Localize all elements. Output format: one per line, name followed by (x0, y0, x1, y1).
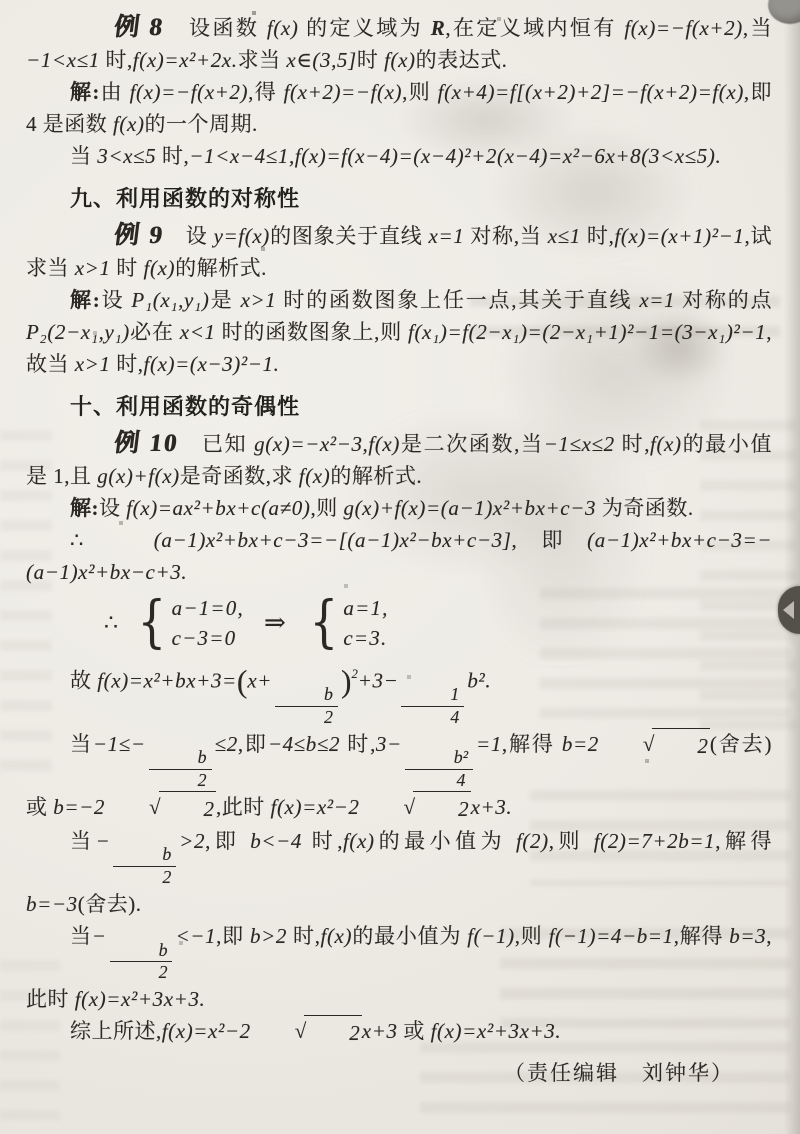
text-run: 已知 (178, 432, 254, 456)
math-expression: g(x)=−x²−3,f(x) (254, 432, 400, 456)
math-expression: −4≤b≤2 (268, 732, 340, 756)
math-expression: f(x) (144, 256, 176, 280)
math-expression: f(x)=ax²+bx+c(a≠0) (126, 496, 310, 520)
case-2: 当−b2>2,即 b<−4 时,f(x)的最小值为 f(2),则 f(2)=7+… (26, 825, 772, 920)
math-expression: f(x) (321, 924, 353, 948)
math-expression: f(x) (113, 112, 145, 136)
text-run: 的解析式. (175, 256, 267, 280)
text-run: 时, (100, 48, 133, 72)
math-expression: g(x)+f(x)=(a−1)x²+bx+c−3 (343, 496, 596, 520)
section-heading-9: 九、利用函数的对称性 (26, 184, 772, 214)
math-expression: ≤2 (215, 732, 238, 756)
square-root: √2 (105, 791, 216, 825)
text-run: 时, (287, 924, 321, 948)
section-heading-10: 十、利用函数的奇偶性 (26, 392, 772, 422)
text-run: 设 (164, 224, 214, 248)
math-expression: f(2)=7+2b=1 (594, 829, 715, 853)
text-run: ,即 (216, 924, 250, 948)
text-run: ( (237, 664, 248, 699)
text-run: ,则 (549, 829, 594, 853)
math-expression: f(x)=x²+3x+3. (431, 1019, 562, 1043)
example-9-problem: 例 9 设 y=f(x)的图象关于直线 x=1 对称,当 x≤1 时,f(x)=… (26, 220, 772, 284)
math-expression: f(x)=x²−2 (271, 795, 360, 819)
text-run: 的最小值为 (375, 829, 516, 853)
brace-group: {a=1,c=3. (306, 595, 389, 651)
math-expression: f(x) (384, 48, 416, 72)
text-run: 时, (615, 432, 650, 456)
text-run: 解: (70, 80, 100, 104)
math-expression: f(−1) (467, 924, 515, 948)
text-run: ∴ (70, 528, 154, 552)
math-expression: b=2 (562, 732, 599, 756)
example-8-solution-1: 解:由 f(x)=−f(x+2),得 f(x+2)=−f(x),则 f(x+4)… (26, 76, 772, 140)
odd-function-equation: ∴ (a−1)x²+bx+c−3=−[(a−1)x²−bx+c−3],即(a−1… (26, 524, 772, 588)
text-run: ,解得 (715, 829, 772, 853)
completed-square: 故 f(x)=x²+bx+3=(x+b2)2+3−14b². (26, 658, 772, 728)
math-expression: x≤1 (548, 224, 581, 248)
example-label: 例 9 (68, 220, 166, 252)
math-expression: b<−4 (250, 829, 302, 853)
text-run: 求当 (238, 48, 287, 72)
text-run: 时, (340, 732, 376, 756)
text-run: 故 (70, 668, 97, 692)
fraction: b2 (275, 685, 338, 727)
document-body: 例 8 设函数 f(x) 的定义域为 R,在定义域内恒有 f(x)=−f(x+2… (0, 0, 800, 1089)
math-expression: y=f(x) (214, 224, 270, 248)
math-expression: b>2 (250, 924, 287, 948)
text-run: 时, (111, 352, 144, 376)
text-run: 时, (581, 224, 615, 248)
math-expression: P₁(x₁,y₁) (131, 288, 209, 312)
text-run: ,得 (248, 80, 284, 104)
example-8-problem: 例 8 设函数 f(x) 的定义域为 R,在定义域内恒有 f(x)=−f(x+2… (26, 12, 772, 76)
math-expression: b=−3 (26, 892, 78, 916)
math-expression: f(x)=−f(x+2) (624, 16, 743, 40)
text-run: ,即 (238, 732, 268, 756)
case-3: 当−b2<−1,即 b>2 时,f(x)的最小值为 f(−1),则 f(−1)=… (26, 920, 772, 1015)
text-run: 解: (70, 496, 99, 520)
text-run: 的表达式. (416, 48, 508, 72)
text-run: 的最小值为 (352, 924, 467, 948)
math-expression: f(x) (299, 464, 331, 488)
math-expression: f(−1)=4−b=1 (549, 924, 674, 948)
math-expression: x<1 (180, 320, 216, 344)
editor-credit: （责任编辑 刘钟华） (26, 1057, 772, 1089)
equation-system: ∴{a−1=0,c−3=0⇒{a=1,c=3. (26, 595, 772, 651)
text-run: 是 (209, 288, 240, 312)
math-expression: 3− (376, 732, 402, 756)
text-run: 解: (70, 288, 100, 312)
math-expression: f(2) (516, 829, 549, 853)
text-run: 是二次函数,当 (400, 432, 544, 456)
math-expression: f(x)=x²−2 (162, 1019, 251, 1043)
example-label: 例 10 (68, 428, 180, 460)
example-8-solution-2: 当 3<x≤5 时,−1<x−4≤1,f(x)=f(x−4)=(x−4)²+2(… (26, 140, 772, 172)
math-expression: b=−2 (53, 795, 105, 819)
text-run: ) (341, 664, 352, 699)
text-run: 当 (70, 732, 93, 756)
text-run: 时的函数图象上,则 (216, 320, 408, 344)
text-run: 当 (70, 924, 92, 948)
math-expression: −1≤− (93, 732, 146, 756)
text-run: 时, (156, 144, 189, 168)
math-expression: g(x)+f(x) (97, 464, 180, 488)
math-expression: x>1 (75, 352, 111, 376)
fraction: b2 (149, 748, 212, 790)
math-expression: P₂(2−x₁,y₁) (26, 320, 130, 344)
math-expression: f(x) (343, 829, 375, 853)
brace-icon: { (309, 598, 338, 648)
math-expression: f(x)=x²+bx+3= (97, 668, 237, 692)
therefore-symbol: ∴ (104, 607, 118, 639)
math-expression: (a−1)x²+bx+c−3=−[(a−1)x²−bx+c−3] (154, 528, 512, 552)
text-run: 当 (70, 829, 96, 853)
example-9-solution: 解:设 P₁(x₁,y₁)是 x>1 时的函数图象上任一点,其关于直线 x=1 … (26, 284, 772, 380)
scanned-textbook-page: 例 8 设函数 f(x) 的定义域为 R,在定义域内恒有 f(x)=−f(x+2… (0, 0, 800, 1134)
math-expression: −1<x−4≤1,f(x)=f(x−4)=(x−4)²+2(x−4)=x²−6x… (189, 144, 721, 168)
text-run: 是奇函数,求 (180, 464, 299, 488)
text-run: ,即 (205, 829, 250, 853)
text-run: 由 (100, 80, 130, 104)
math-expression: <−1 (175, 924, 216, 948)
math-expression: −1<x≤1 (26, 48, 100, 72)
square-root: √2 (599, 728, 710, 762)
text-run: 或 (398, 1019, 431, 1043)
text-run: 的定义域为 (298, 16, 430, 40)
math-expression: x>1 (75, 256, 111, 280)
text-run: 的一个周期. (145, 112, 258, 136)
text-run: ,则 (310, 496, 343, 520)
math-expression: >2 (179, 829, 205, 853)
square-root: √2 (360, 791, 471, 825)
math-expression: +3− (358, 668, 399, 692)
math-expression: x+3. (471, 795, 513, 819)
math-expression: =1 (476, 732, 502, 756)
math-expression: x=1 (639, 288, 675, 312)
text-run: 时 (357, 48, 384, 72)
fraction: b²4 (405, 748, 473, 790)
fraction: b2 (113, 845, 176, 887)
square-root: √2 (251, 1015, 362, 1049)
text-run: ,则 (402, 80, 438, 104)
math-expression: −1≤x≤2 (544, 432, 615, 456)
fraction: 14 (401, 685, 464, 727)
math-expression: f(x) (650, 432, 682, 456)
math-expression: b=3 (729, 924, 766, 948)
implies-arrow-icon: ⇒ (264, 607, 286, 639)
math-expression: f(x) (267, 16, 299, 40)
text-run: 时 (111, 256, 144, 280)
text-run: ,解得 (674, 924, 730, 948)
text-run: 当 (70, 144, 97, 168)
conclusion: 综上所述,f(x)=x²−2√2x+3 或 f(x)=x²+3x+3. (26, 1015, 772, 1049)
brace-icon: { (138, 598, 167, 648)
math-expression: f(x+4)=f[(x+2)+2]=−f(x+2)=f(x) (438, 80, 744, 104)
case-1: 当−1≤−b2≤2,即−4≤b≤2 时,3−b²4=1,解得 b=2√2(舍去)… (26, 728, 772, 825)
math-expression: f(x)=x²+3x+3. (75, 987, 206, 1011)
text-run: ,则 (515, 924, 549, 948)
text-run: 的解析式. (330, 464, 422, 488)
math-expression: f(x₁)=f(2−x₁)=(2−x₁+1)²−1=(3−x₁)²−1 (408, 320, 766, 344)
fraction: b2 (110, 941, 173, 983)
math-expression: x∈(3,5] (286, 48, 356, 72)
text-run: 的图象关于直线 (270, 224, 429, 248)
text-run: 必在 (130, 320, 180, 344)
math-expression: b². (467, 668, 491, 692)
math-expression: x+3 (362, 1019, 398, 1043)
example-10-solution: 解:设 f(x)=ax²+bx+c(a≠0),则 g(x)+f(x)=(a−1)… (26, 492, 772, 524)
math-expression: f(x)=−f(x+2) (130, 80, 249, 104)
math-expression: − (92, 924, 107, 948)
math-expression: f(x)=(x+1)²−1 (614, 224, 744, 248)
text-run: 时的函数图象上任一点,其关于直线 (276, 288, 639, 312)
brace-group: {a−1=0,c−3=0 (134, 595, 244, 651)
math-expression: 3<x≤5 (97, 144, 156, 168)
math-expression: x>1 (241, 288, 277, 312)
math-expression: f(x)=(x−3)²−1. (144, 352, 280, 376)
math-expression: f(x)=x²+2x. (133, 48, 238, 72)
text-run: 设 (99, 496, 126, 520)
text-run: 设 (100, 288, 131, 312)
text-run: ,解得 (502, 732, 562, 756)
text-run: ,即 (512, 528, 588, 552)
text-run: 时, (302, 829, 343, 853)
text-run: ,此时 (216, 795, 271, 819)
math-expression: x+ (247, 668, 272, 692)
example-10-problem: 例 10 已知 g(x)=−x²−3,f(x)是二次函数,当−1≤x≤2 时,f… (26, 428, 772, 492)
text-run: 对称,当 (464, 224, 547, 248)
math-expression: − (96, 829, 111, 853)
math-expression: x=1 (429, 224, 465, 248)
text-run: (舍去). (78, 892, 142, 916)
text-run: 为奇函数. (596, 496, 694, 520)
text-run: 设函数 (164, 16, 267, 40)
text-run: ,在定义域内恒有 (445, 16, 624, 40)
math-expression: f(x+2)=−f(x) (284, 80, 403, 104)
example-label: 例 8 (68, 12, 166, 44)
math-expression: R (431, 16, 446, 40)
text-run: ,当 (743, 16, 772, 40)
text-run: 综上所述, (70, 1019, 162, 1043)
text-run: 对称的点 (675, 288, 772, 312)
